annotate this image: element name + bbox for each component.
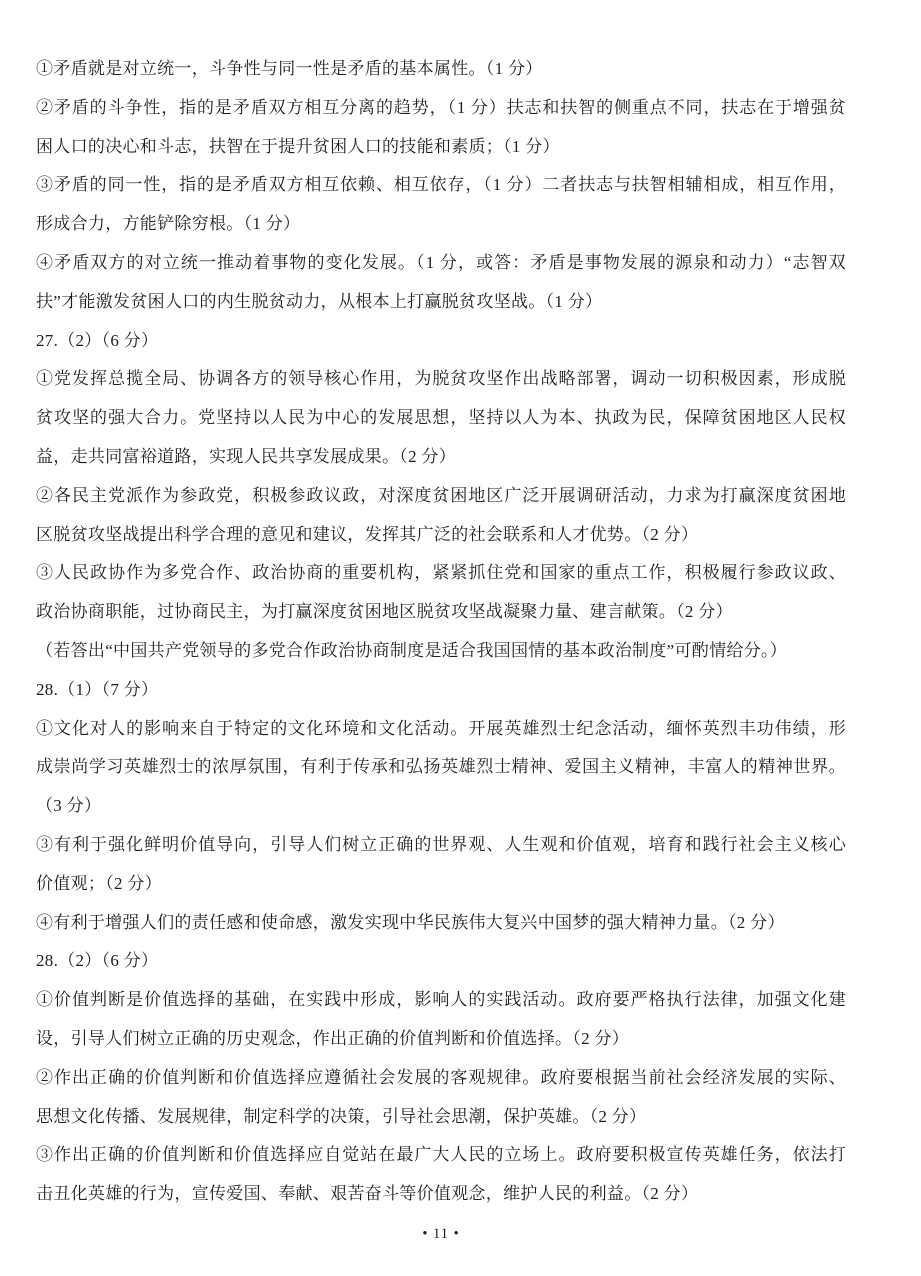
answer-line: （3 分） — [36, 787, 846, 826]
answer-line: ③作出正确的价值判断和价值选择应自觉站在最广大人民的立场上。政府要积极宣传英雄任… — [36, 1136, 846, 1175]
answer-line: ③人民政协作为多党合作、政治协商的重要机构，紧紧抓住党和国家的重点工作，积极履行… — [36, 554, 846, 593]
answer-line: ①党发挥总揽全局、协调各方的领导核心作用，为脱贫攻坚作出战略部署，调动一切积极因… — [36, 360, 846, 399]
answer-line: 设，引导人们树立正确的历史观念，作出正确的价值判断和价值选择。（2 分） — [36, 1020, 846, 1059]
document-page: ①矛盾就是对立统一，斗争性与同一性是矛盾的基本属性。（1 分）②矛盾的斗争性，指… — [0, 0, 921, 1276]
answer-line: 27.（2）（6 分） — [36, 322, 846, 361]
page-number: • 11 • — [36, 1226, 846, 1243]
answer-line: ②矛盾的斗争性，指的是矛盾双方相互分离的趋势，（1 分）扶志和扶智的侧重点不同，… — [36, 89, 846, 128]
answer-line: 贫攻坚的强大合力。党坚持以人民为中心的发展思想，坚持以人为本、执政为民，保障贫困… — [36, 399, 846, 438]
answer-line: ②作出正确的价值判断和价值选择应遵循社会发展的客观规律。政府要根据当前社会经济发… — [36, 1059, 846, 1098]
answer-line: 思想文化传播、发展规律，制定科学的决策，引导社会思潮，保护英雄。（2 分） — [36, 1098, 846, 1137]
answer-line: 28.（2）（6 分） — [36, 942, 846, 981]
answer-line: 区脱贫攻坚战提出科学合理的意见和建议，发挥其广泛的社会联系和人才优势。（2 分） — [36, 516, 846, 555]
answer-line: 价值观；（2 分） — [36, 865, 846, 904]
answer-line: ④有利于增强人们的责任感和使命感，激发实现中华民族伟大复兴中国梦的强大精神力量。… — [36, 904, 846, 943]
answer-line: ③矛盾的同一性，指的是矛盾双方相互依赖、相互依存，（1 分）二者扶志与扶智相辅相… — [36, 166, 846, 205]
answer-line: 益，走共同富裕道路，实现人民共享发展成果。（2 分） — [36, 438, 846, 477]
answer-line: 困人口的决心和斗志，扶智在于提升贫困人口的技能和素质；（1 分） — [36, 128, 846, 167]
answer-line: ①文化对人的影响来自于特定的文化环境和文化活动。开展英雄烈士纪念活动，缅怀英烈丰… — [36, 710, 846, 749]
answer-line: 成崇尚学习英雄烈士的浓厚氛围，有利于传承和弘扬英雄烈士精神、爱国主义精神，丰富人… — [36, 748, 846, 787]
answer-line: 击丑化英雄的行为，宣传爱国、奉献、艰苦奋斗等价值观念，维护人民的利益。（2 分） — [36, 1175, 846, 1214]
answer-line: 政治协商职能，过协商民主，为打赢深度贫困地区脱贫攻坚战凝聚力量、建言献策。（2 … — [36, 593, 846, 632]
answer-line: 28.（1）（7 分） — [36, 671, 846, 710]
answer-text-block: ①矛盾就是对立统一，斗争性与同一性是矛盾的基本属性。（1 分）②矛盾的斗争性，指… — [36, 50, 846, 1214]
answer-line: ②各民主党派作为参政党，积极参政议政，对深度贫困地区广泛开展调研活动，力求为打赢… — [36, 477, 846, 516]
answer-line: （若答出“中国共产党领导的多党合作政治协商制度是适合我国国情的基本政治制度”可酌… — [36, 632, 846, 671]
answer-line: ①矛盾就是对立统一，斗争性与同一性是矛盾的基本属性。（1 分） — [36, 50, 846, 89]
answer-line: 形成合力，方能铲除穷根。（1 分） — [36, 205, 846, 244]
answer-line: 扶”才能激发贫困人口的内生脱贫动力，从根本上打赢脱贫攻坚战。（1 分） — [36, 283, 846, 322]
answer-line: ④矛盾双方的对立统一推动着事物的变化发展。（1 分，或答：矛盾是事物发展的源泉和… — [36, 244, 846, 283]
answer-line: ③有利于强化鲜明价值导向，引导人们树立正确的世界观、人生观和价值观，培育和践行社… — [36, 826, 846, 865]
answer-line: ①价值判断是价值选择的基础，在实践中形成，影响人的实践活动。政府要严格执行法律，… — [36, 981, 846, 1020]
